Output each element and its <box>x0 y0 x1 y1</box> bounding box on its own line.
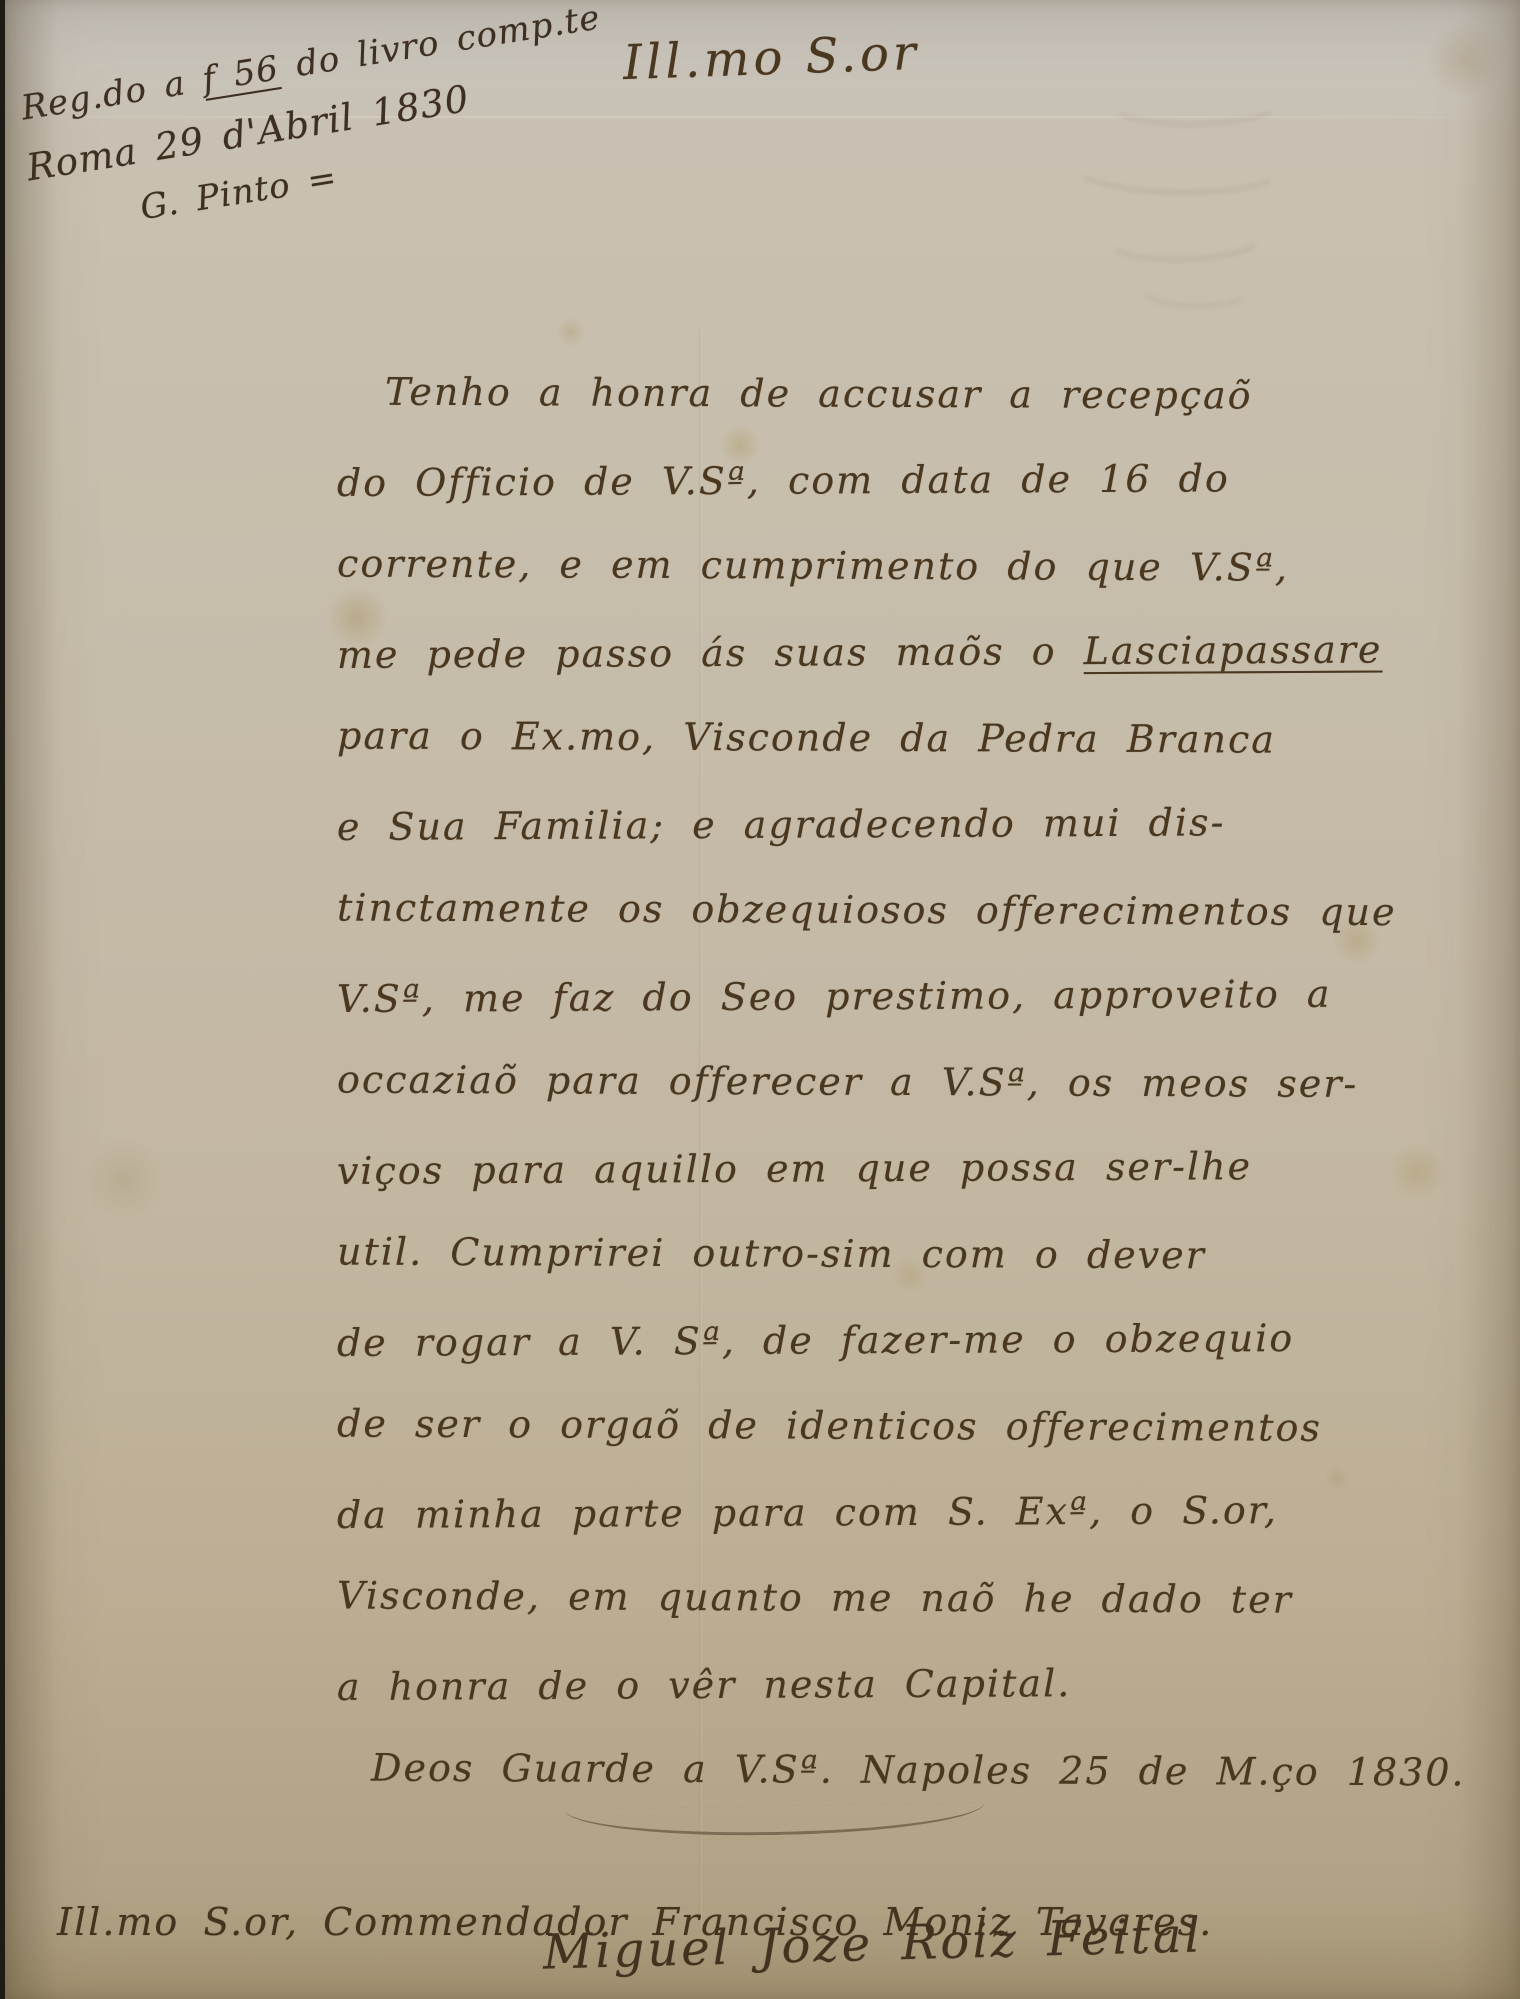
line-text: V.Sª, me faz do Seo prestimo, approveito… <box>337 972 1332 1021</box>
manuscript-line: occaziaõ para offerecer a V.Sª, os meos … <box>337 1057 1487 1148</box>
manuscript-line: Visconde, em quanto me naõ he dado ter <box>337 1573 1487 1664</box>
manuscript-line: Tenho a honra de accusar a recepçaõ <box>337 369 1487 460</box>
line-text: Tenho a honra de accusar a recepçaõ <box>385 370 1253 418</box>
underlined-word: Lasciapassare <box>1084 628 1383 674</box>
line-text: Deos Guarde a V.Sª. Napoles 25 de M.ço 1… <box>371 1746 1466 1795</box>
line-text: de ser o orgaõ de identicos offereciment… <box>337 1401 1322 1449</box>
line-text: para o Ex.mo, Visconde da Pedra Branca <box>337 713 1276 761</box>
manuscript-line: do Officio de V.Sª, com data de 16 do <box>337 455 1487 547</box>
line-text: viços para aquillo em que possa ser-lhe <box>337 1144 1252 1193</box>
manuscript-line: de rogar a V. Sª, de fazer-me o obzequio <box>337 1315 1487 1407</box>
manuscript-line: a honra de o vêr nesta Capital. <box>337 1659 1487 1751</box>
line-text: da minha parte para com S. Exª, o S.or, <box>337 1488 1278 1537</box>
manuscript-line: corrente, e em cumprimento do que V.Sª, <box>337 541 1487 632</box>
line-text: Visconde, em quanto me naõ he dado ter <box>337 1573 1293 1621</box>
salutation: Ill.mo S.or <box>622 25 921 91</box>
line-text: util. Cumprirei outro-sim com o dever <box>337 1229 1206 1277</box>
ink-bleedthrough <box>1040 53 1369 348</box>
letter-body: Tenho a honra de accusar a recepçaõ do O… <box>337 372 1487 1834</box>
manuscript-line: para o Ex.mo, Visconde da Pedra Branca <box>337 713 1487 804</box>
line-text: de rogar a V. Sª, de fazer-me o obzequio <box>337 1316 1295 1365</box>
line-text: occaziaõ para offerecer a V.Sª, os meos … <box>337 1057 1358 1105</box>
manuscript-line: viços para aquillo em que possa ser-lhe <box>337 1143 1487 1235</box>
manuscript-line: da minha parte para com S. Exª, o S.or, <box>337 1487 1487 1579</box>
manuscript-line: V.Sª, me faz do Seo prestimo, approveito… <box>337 971 1487 1063</box>
manuscript-page: Reg.do a f 56 do livro comp.te Roma 29 d… <box>5 0 1520 1999</box>
line-text: me pede passo ás suas maõs o <box>337 629 1084 677</box>
manuscript-line: tinctamente os obzequiosos offerecimento… <box>337 885 1487 976</box>
line-text: corrente, e em cumprimento do que V.Sª, <box>337 541 1289 589</box>
line-text: e Sua Familia; e agradecendo mui dis- <box>337 800 1226 849</box>
manuscript-line: util. Cumprirei outro-sim com o dever <box>337 1229 1487 1320</box>
manuscript-line: me pede passo ás suas maõs o Lasciapassa… <box>337 627 1487 719</box>
line-text: do Officio de V.Sª, com data de 16 do <box>337 456 1230 505</box>
manuscript-line: e Sua Familia; e agradecendo mui dis- <box>337 799 1487 891</box>
manuscript-line: de ser o orgaõ de identicos offereciment… <box>337 1401 1487 1492</box>
line-text: tinctamente os obzequiosos offerecimento… <box>337 885 1397 934</box>
line-text: a honra de o vêr nesta Capital. <box>337 1661 1072 1709</box>
